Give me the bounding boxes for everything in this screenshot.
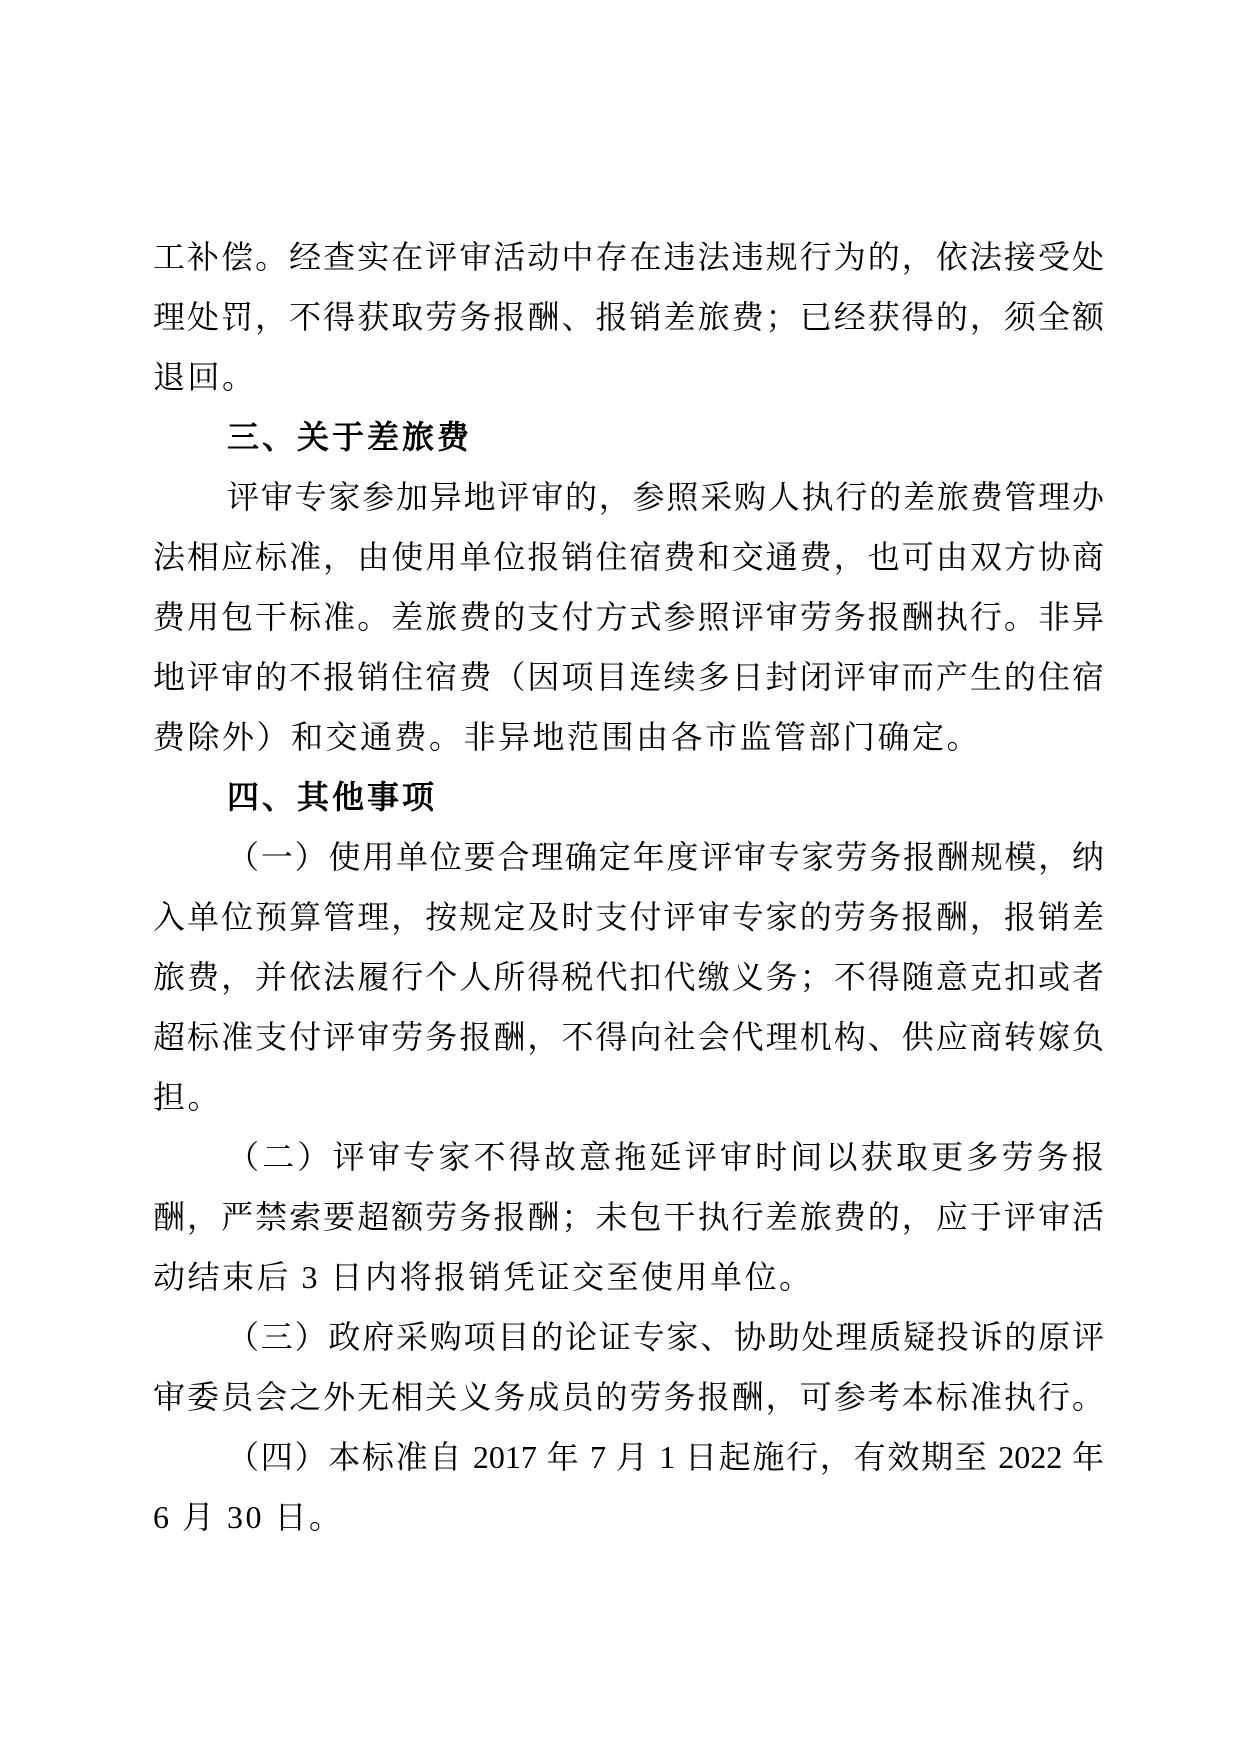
text-line: 超标准支付评审劳务报酬，不得向社会代理机构、供应商转嫁负 [153, 1007, 1104, 1067]
text-line: 法相应标准，由使用单位报销住宿费和交通费，也可由双方协商 [153, 527, 1104, 587]
text-line: 酬，严禁索要超额劳务报酬；未包干执行差旅费的，应于评审活 [153, 1187, 1104, 1247]
section-heading-travel-expenses: 三、关于差旅费 [153, 407, 1104, 467]
text-line: 地评审的不报销住宿费（因项目连续多日封闭评审而产生的住宿 [153, 647, 1104, 707]
text-line: 费除外）和交通费。非异地范围由各市监管部门确定。 [153, 707, 1104, 767]
section-heading-other-matters: 四、其他事项 [153, 767, 1104, 827]
text-line: （四）本标准自 2017 年 7 月 1 日起施行，有效期至 2022 年 [153, 1427, 1104, 1487]
text-line: 退回。 [153, 347, 1104, 407]
text-line: 旅费，并依法履行个人所得税代扣代缴义务；不得随意克扣或者 [153, 947, 1104, 1007]
text-line: 工补偿。经查实在评审活动中存在违法违规行为的，依法接受处 [153, 227, 1104, 287]
document-text-column: 工补偿。经查实在评审活动中存在违法违规行为的，依法接受处 理处罚，不得获取劳务报… [153, 227, 1104, 1547]
text-line: 担。 [153, 1067, 1104, 1127]
text-line: （二）评审专家不得故意拖延评审时间以获取更多劳务报 [153, 1127, 1104, 1187]
text-line: 费用包干标准。差旅费的支付方式参照评审劳务报酬执行。非异 [153, 587, 1104, 647]
text-line: 评审专家参加异地评审的，参照采购人执行的差旅费管理办 [153, 467, 1104, 527]
text-line: （三）政府采购项目的论证专家、协助处理质疑投诉的原评 [153, 1307, 1104, 1367]
text-line: 动结束后 3 日内将报销凭证交至使用单位。 [153, 1247, 1104, 1307]
document-page: 工补偿。经查实在评审活动中存在违法违规行为的，依法接受处 理处罚，不得获取劳务报… [0, 0, 1241, 1755]
text-line: 理处罚，不得获取劳务报酬、报销差旅费；已经获得的，须全额 [153, 287, 1104, 347]
text-line: （一）使用单位要合理确定年度评审专家劳务报酬规模，纳 [153, 827, 1104, 887]
text-line: 6 月 30 日。 [153, 1487, 1104, 1547]
text-line: 入单位预算管理，按规定及时支付评审专家的劳务报酬，报销差 [153, 887, 1104, 947]
text-line: 审委员会之外无相关义务成员的劳务报酬，可参考本标准执行。 [153, 1367, 1104, 1427]
